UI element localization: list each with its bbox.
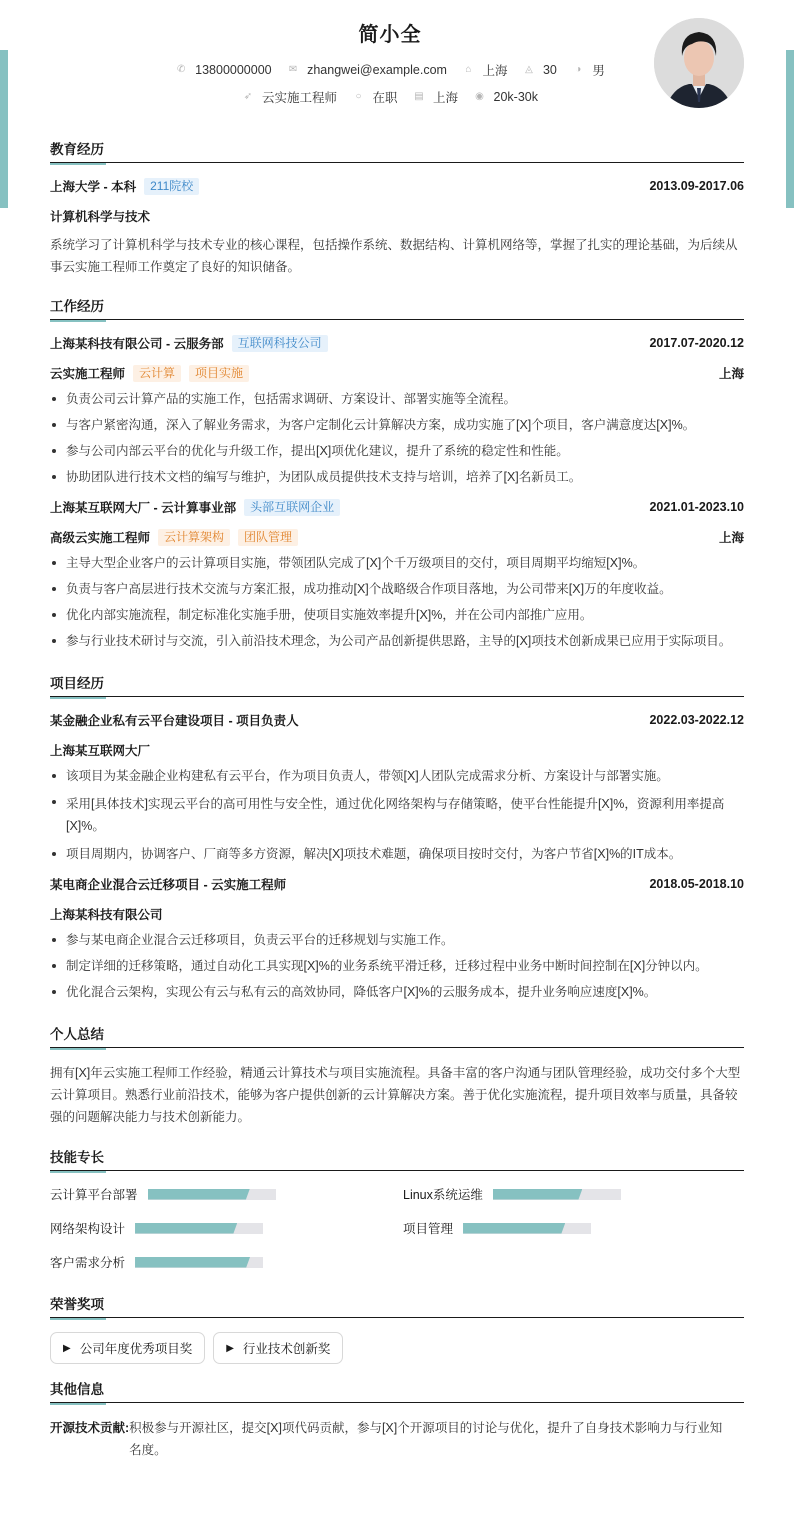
skill-name: 项目管理 bbox=[403, 1219, 453, 1237]
awards-list: ▶ 公司年度优秀项目奖 ▶ 行业技术创新奖 bbox=[50, 1332, 744, 1364]
contact-gender: ◑ 男 bbox=[572, 61, 605, 79]
section-title-skills: 技能专长 bbox=[50, 1146, 744, 1171]
project-item: 某电商企业混合云迁移项目 - 云实施工程师 2018.05-2018.10 上海… bbox=[50, 875, 744, 1001]
job-city-value: 上海 bbox=[433, 88, 458, 106]
avatar-portrait-icon bbox=[654, 18, 744, 108]
work-item: 上海某互联网大厂 - 云计算事业部 头部互联网企业 2021.01-2023.1… bbox=[50, 498, 744, 650]
projects-section: 项目经历 某金融企业私有云平台建设项目 - 项目负责人 2022.03-2022… bbox=[50, 672, 744, 1001]
work-period: 2021.01-2023.10 bbox=[649, 500, 744, 514]
job-status: ○ 在职 bbox=[353, 88, 398, 106]
company-name: 上海某互联网大厂 - 云计算事业部 bbox=[50, 498, 236, 516]
skill-fill bbox=[148, 1189, 250, 1200]
award-label: 公司年度优秀项目奖 bbox=[80, 1339, 193, 1357]
age-value: 30 bbox=[543, 63, 557, 77]
skill-name: Linux系统运维 bbox=[403, 1185, 483, 1203]
project-period: 2018.05-2018.10 bbox=[649, 877, 744, 891]
summary-text: 拥有[X]年云实施工程师工作经验，精通云计算技术与项目实施流程。具备丰富的客户沟… bbox=[50, 1062, 744, 1128]
resume-header: 简小全 ✆ 13800000000 ✉ zhangwei@example.com… bbox=[50, 0, 744, 130]
education-period: 2013.09-2017.06 bbox=[649, 179, 744, 193]
list-item: 与客户紧密沟通，深入了解业务需求，为客户定制化云计算解决方案，成功实施了[X]个… bbox=[50, 416, 744, 434]
project-bullets: 该项目为某金融企业构建私有云平台，作为项目负责人，带领[X]人团队完成需求分析、… bbox=[50, 767, 744, 863]
list-item: 协助团队进行技术文档的编写与维护，为团队成员提供技术支持与培训，培养了[X]名新… bbox=[50, 468, 744, 486]
position: 云实施工程师 bbox=[50, 364, 125, 382]
list-item: 该项目为某金融企业构建私有云平台，作为项目负责人，带领[X]人团队完成需求分析、… bbox=[50, 767, 744, 785]
position-tag: 云计算架构 bbox=[158, 529, 230, 546]
list-item: 参与行业技术研讨与交流，引入前沿技术理念，为公司产品创新提供思路，主导的[X]项… bbox=[50, 632, 744, 650]
section-title-other: 其他信息 bbox=[50, 1378, 744, 1403]
triangle-right-icon: ▶ bbox=[63, 1343, 71, 1354]
other-section: 其他信息 开源技术贡献: 积极参与开源社区，提交[X]项代码贡献，参与[X]个开… bbox=[50, 1378, 744, 1461]
candidate-name: 简小全 bbox=[50, 18, 730, 47]
list-item: 参与某电商企业混合云迁移项目，负责云平台的迁移规划与实施工作。 bbox=[50, 931, 744, 949]
project-period: 2022.03-2022.12 bbox=[649, 713, 744, 727]
skill-bar bbox=[463, 1223, 591, 1234]
education-description: 系统学习了计算机科学与技术专业的核心课程，包括操作系统、数据结构、计算机网络等，… bbox=[50, 234, 744, 278]
list-item: 参与公司内部云平台的优化与升级工作，提出[X]项优化建议，提升了系统的稳定性和性… bbox=[50, 442, 744, 460]
skill-item: 客户需求分析 bbox=[50, 1253, 403, 1271]
work-item: 上海某科技有限公司 - 云服务部 互联网科技公司 2017.07-2020.12… bbox=[50, 334, 744, 486]
list-item: 负责与客户高层进行技术交流与方案汇报，成功推动[X]个战略级合作项目落地，为公司… bbox=[50, 580, 744, 598]
company-tag: 头部互联网企业 bbox=[244, 499, 340, 516]
work-company-row: 上海某科技有限公司 - 云服务部 互联网科技公司 2017.07-2020.12 bbox=[50, 334, 744, 352]
company-name: 上海某科技有限公司 - 云服务部 bbox=[50, 334, 224, 352]
skill-item: 网络架构设计 bbox=[50, 1219, 403, 1237]
section-title-projects: 项目经历 bbox=[50, 672, 744, 697]
age-icon: ◬ bbox=[523, 64, 535, 76]
skill-bar bbox=[493, 1189, 621, 1200]
skill-name: 云计算平台部署 bbox=[50, 1185, 138, 1203]
position-tag: 团队管理 bbox=[238, 529, 298, 546]
contact-email: ✉ zhangwei@example.com bbox=[287, 63, 447, 77]
project-company-row: 上海某科技有限公司 bbox=[50, 905, 744, 923]
job-salary: ◉ 20k-30k bbox=[474, 90, 538, 104]
school-tag: 211院校 bbox=[144, 178, 199, 195]
triangle-right-icon: ▶ bbox=[226, 1343, 234, 1354]
list-item: 主导大型企业客户的云计算项目实施，带领团队完成了[X]个千万级项目的交付，项目周… bbox=[50, 554, 744, 572]
list-item: 优化混合云架构，实现公有云与私有云的高效协同，降低客户[X]%的云服务成本，提升… bbox=[50, 983, 744, 1001]
skill-item: 项目管理 bbox=[403, 1219, 744, 1237]
status-icon: ○ bbox=[353, 91, 365, 103]
email-value: zhangwei@example.com bbox=[307, 63, 447, 77]
project-item: 某金融企业私有云平台建设项目 - 项目负责人 2022.03-2022.12 上… bbox=[50, 711, 744, 863]
skills-section: 技能专长 云计算平台部署 Linux系统运维 网络架构设计 项目管理 客户需求分… bbox=[50, 1146, 744, 1271]
skills-grid: 云计算平台部署 Linux系统运维 网络架构设计 项目管理 客户需求分析 bbox=[50, 1185, 744, 1271]
work-position-row: 高级云实施工程师 云计算架构 团队管理 上海 bbox=[50, 528, 744, 546]
city-value: 上海 bbox=[482, 61, 507, 79]
award-chip: ▶ 行业技术创新奖 bbox=[213, 1332, 343, 1364]
award-chip: ▶ 公司年度优秀项目奖 bbox=[50, 1332, 205, 1364]
position-tag: 云计算 bbox=[133, 365, 181, 382]
section-title-awards: 荣誉奖项 bbox=[50, 1293, 744, 1318]
gender-value: 男 bbox=[592, 61, 605, 79]
skill-item: 云计算平台部署 bbox=[50, 1185, 403, 1203]
skill-bar bbox=[135, 1223, 263, 1234]
position: 高级云实施工程师 bbox=[50, 528, 150, 546]
awards-section: 荣誉奖项 ▶ 公司年度优秀项目奖 ▶ 行业技术创新奖 bbox=[50, 1293, 744, 1364]
job-target-value: 云实施工程师 bbox=[262, 88, 337, 106]
project-name: 某金融企业私有云平台建设项目 - 项目负责人 bbox=[50, 711, 299, 729]
major-row: 计算机科学与技术 bbox=[50, 207, 744, 225]
job-intent-row: ➶ 云实施工程师 ○ 在职 ▤ 上海 ◉ 20k-30k bbox=[50, 88, 730, 106]
education-row: 上海大学 - 本科 211院校 2013.09-2017.06 bbox=[50, 177, 744, 195]
list-item: 负责公司云计算产品的实施工作，包括需求调研、方案设计、部署实施等全流程。 bbox=[50, 390, 744, 408]
contact-city: ⌂ 上海 bbox=[462, 61, 507, 79]
skill-name: 客户需求分析 bbox=[50, 1253, 125, 1271]
skill-fill bbox=[493, 1189, 583, 1200]
other-label: 开源技术贡献: bbox=[50, 1417, 129, 1461]
gender-icon: ◑ bbox=[572, 64, 584, 76]
project-bullets: 参与某电商企业混合云迁移项目，负责云平台的迁移规划与实施工作。 制定详细的迁移策… bbox=[50, 931, 744, 1001]
skill-fill bbox=[135, 1257, 250, 1268]
work-period: 2017.07-2020.12 bbox=[649, 336, 744, 350]
list-item: 项目周期内，协调客户、厂商等多方资源，解决[X]项技术难题，确保项目按时交付，为… bbox=[50, 845, 744, 863]
skill-fill bbox=[463, 1223, 565, 1234]
send-icon: ➶ bbox=[242, 91, 254, 103]
salary-icon: ◉ bbox=[474, 91, 486, 103]
avatar bbox=[654, 18, 744, 108]
list-item: 制定详细的迁移策略，通过自动化工具实现[X]%的业务系统平滑迁移，迁移过程中业务… bbox=[50, 957, 744, 975]
resume-page: 简小全 ✆ 13800000000 ✉ zhangwei@example.com… bbox=[0, 0, 794, 1461]
list-item: 采用[具体技术]实现云平台的高可用性与安全性，通过优化网络架构与存储策略，使平台… bbox=[50, 793, 744, 837]
project-name-row: 某电商企业混合云迁移项目 - 云实施工程师 2018.05-2018.10 bbox=[50, 875, 744, 893]
building-icon: ▤ bbox=[413, 91, 425, 103]
summary-section: 个人总结 拥有[X]年云实施工程师工作经验，精通云计算技术与项目实施流程。具备丰… bbox=[50, 1023, 744, 1128]
work-position-row: 云实施工程师 云计算 项目实施 上海 bbox=[50, 364, 744, 382]
company-tag: 互联网科技公司 bbox=[232, 335, 328, 352]
other-item: 开源技术贡献: 积极参与开源社区，提交[X]项代码贡献，参与[X]个开源项目的讨… bbox=[50, 1417, 744, 1461]
job-status-value: 在职 bbox=[373, 88, 398, 106]
job-city: ▤ 上海 bbox=[413, 88, 458, 106]
work-company-row: 上海某互联网大厂 - 云计算事业部 头部互联网企业 2021.01-2023.1… bbox=[50, 498, 744, 516]
job-salary-value: 20k-30k bbox=[494, 90, 538, 104]
phone-icon: ✆ bbox=[175, 64, 187, 76]
contact-age: ◬ 30 bbox=[523, 63, 557, 77]
contact-phone: ✆ 13800000000 bbox=[175, 63, 271, 77]
position-tag: 项目实施 bbox=[189, 365, 249, 382]
work-location: 上海 bbox=[719, 528, 744, 546]
skill-item: Linux系统运维 bbox=[403, 1185, 744, 1203]
project-name: 某电商企业混合云迁移项目 - 云实施工程师 bbox=[50, 875, 286, 893]
school-name: 上海大学 - 本科 bbox=[50, 177, 136, 195]
major: 计算机科学与技术 bbox=[50, 207, 150, 225]
contact-row: ✆ 13800000000 ✉ zhangwei@example.com ⌂ 上… bbox=[50, 61, 730, 79]
skill-bar bbox=[148, 1189, 276, 1200]
work-bullets: 主导大型企业客户的云计算项目实施，带领团队完成了[X]个千万级项目的交付，项目周… bbox=[50, 554, 744, 650]
skill-bar bbox=[135, 1257, 263, 1268]
award-label: 行业技术创新奖 bbox=[243, 1339, 331, 1357]
project-company: 上海某互联网大厂 bbox=[50, 741, 150, 759]
home-icon: ⌂ bbox=[462, 64, 474, 76]
other-text: 积极参与开源社区，提交[X]项代码贡献，参与[X]个开源项目的讨论与优化，提升了… bbox=[129, 1417, 744, 1461]
project-name-row: 某金融企业私有云平台建设项目 - 项目负责人 2022.03-2022.12 bbox=[50, 711, 744, 729]
work-section: 工作经历 上海某科技有限公司 - 云服务部 互联网科技公司 2017.07-20… bbox=[50, 295, 744, 650]
work-location: 上海 bbox=[719, 364, 744, 382]
project-company-row: 上海某互联网大厂 bbox=[50, 741, 744, 759]
section-title-education: 教育经历 bbox=[50, 138, 744, 163]
education-section: 教育经历 上海大学 - 本科 211院校 2013.09-2017.06 计算机… bbox=[50, 138, 744, 278]
section-title-work: 工作经历 bbox=[50, 295, 744, 320]
mail-icon: ✉ bbox=[287, 64, 299, 76]
job-target: ➶ 云实施工程师 bbox=[242, 88, 337, 106]
skill-name: 网络架构设计 bbox=[50, 1219, 125, 1237]
list-item: 优化内部实施流程，制定标准化实施手册，使项目实施效率提升[X]%，并在公司内部推… bbox=[50, 606, 744, 624]
section-title-summary: 个人总结 bbox=[50, 1023, 744, 1048]
skill-fill bbox=[135, 1223, 237, 1234]
work-bullets: 负责公司云计算产品的实施工作，包括需求调研、方案设计、部署实施等全流程。 与客户… bbox=[50, 390, 744, 486]
phone-value: 13800000000 bbox=[195, 63, 271, 77]
project-company: 上海某科技有限公司 bbox=[50, 905, 163, 923]
